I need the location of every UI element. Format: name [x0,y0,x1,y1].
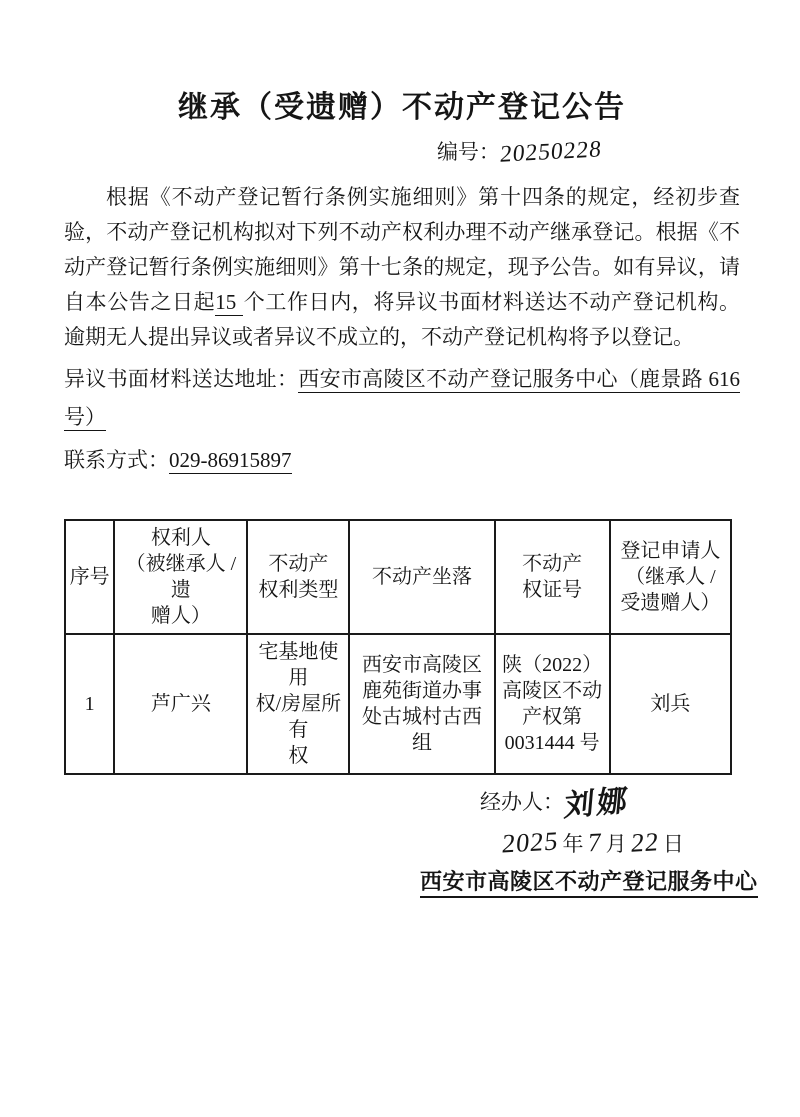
cell-location: 西安市高陵区 鹿苑街道办事 处古城村古西 组 [349,634,494,774]
contact-value: 029-86915897 [169,448,292,474]
day-label: 日 [663,832,684,856]
handler-signature: 刘娜 [562,781,631,827]
date-day: 22 [629,823,661,863]
announcement-table: 序号 权利人 （被继承人 / 遗 赠人） 不动产 权利类型 不动产坐落 不动产 … [64,519,732,775]
handler-line: 经办人：刘娜 [420,782,720,824]
date-line: 2025年7月22日 [420,824,720,863]
address-line: 异议书面材料送达地址：西安市高陵区不动产登记服务中心（鹿景路 616 号） [64,360,740,436]
org-name-line: 西安市高陵区不动产登记服务中心 [420,867,720,897]
notice-paragraph: 根据《不动产登记暂行条例实施细则》第十四条的规定，经初步查验，不动产登记机构拟对… [64,180,740,355]
month-label: 月 [606,832,627,856]
col-header-applicant: 登记申请人 （继承人 / 受遗赠人） [610,520,731,634]
doc-number-label: 编号： [437,140,500,164]
cell-right-type: 宅基地使用 权/房屋所有 权 [247,634,349,774]
org-name: 西安市高陵区不动产登记服务中心 [420,869,758,898]
cell-applicant: 刘兵 [610,634,731,774]
col-header-owner: 权利人 （被继承人 / 遗 赠人） [114,520,247,634]
doc-number-value: 20250228 [499,133,604,171]
page-title: 继承（受遗赠）不动产登记公告 [64,88,740,128]
announcement-document: 继承（受遗赠）不动产登记公告 编号：20250228 根据《不动产登记暂行条例实… [0,0,800,1117]
col-header-seq: 序号 [65,520,114,634]
contact-label: 联系方式： [64,448,169,472]
col-header-cert-no: 不动产 权证号 [495,520,610,634]
contact-line: 联系方式：029-86915897 [64,441,740,479]
doc-number-line: 编号：20250228 [64,136,740,168]
cell-owner: 芦广兴 [114,634,247,774]
date-year: 2025 [500,822,560,863]
year-label: 年 [563,832,584,856]
cell-seq: 1 [65,634,114,774]
cell-cert-no: 陕（2022） 高陵区不动 产权第 0031444 号 [495,634,610,774]
address-label: 异议书面材料送达地址： [64,367,298,391]
col-header-right-type: 不动产 权利类型 [247,520,349,634]
signature-block: 经办人：刘娜 2025年7月22日 西安市高陵区不动产登记服务中心 [420,782,720,897]
objection-days: 15 [215,290,243,316]
date-month: 7 [586,824,603,863]
table-header-row: 序号 权利人 （被继承人 / 遗 赠人） 不动产 权利类型 不动产坐落 不动产 … [65,520,731,634]
col-header-location: 不动产坐落 [349,520,494,634]
handler-label: 经办人： [480,790,564,814]
table-row: 1 芦广兴 宅基地使用 权/房屋所有 权 西安市高陵区 鹿苑街道办事 处古城村古… [65,634,731,774]
